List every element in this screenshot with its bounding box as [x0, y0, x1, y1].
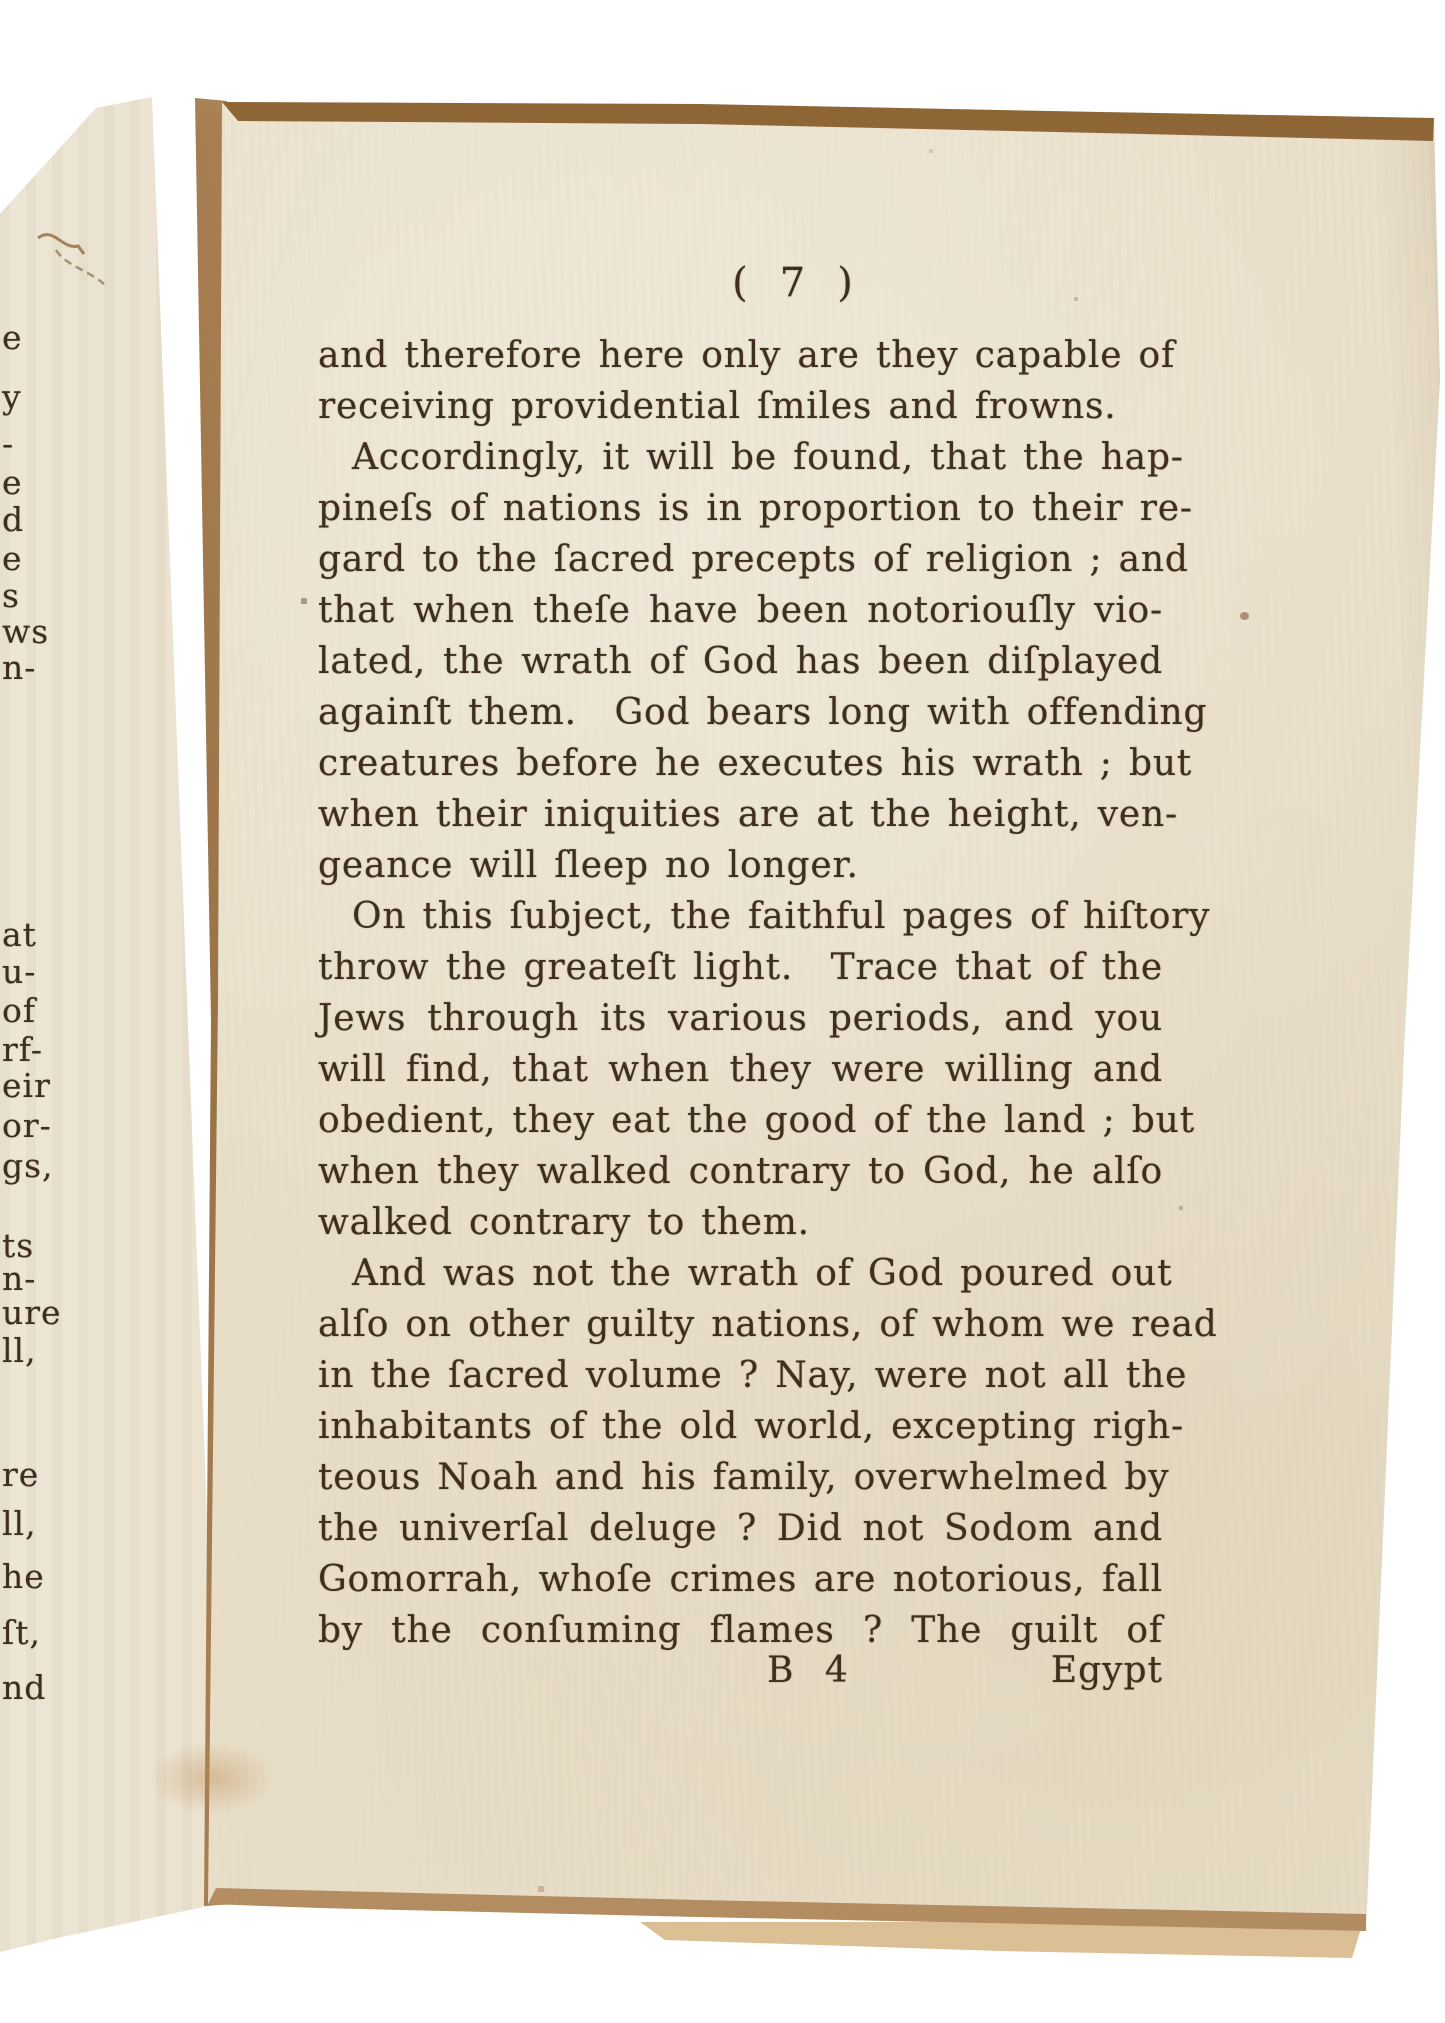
text-line: that when theſe have been notoriouſly vi… — [318, 585, 1163, 636]
book-photo: ey-edeswsn-atu-ofrf-eiror-gs,tsn-urell,r… — [0, 0, 1445, 2023]
facing-text-fragment: he — [2, 1557, 62, 1596]
text-line: when their iniquities are at the height,… — [318, 789, 1163, 840]
text-line: receiving providential ſmiles and frowns… — [318, 381, 1163, 432]
signature-row: B 4 Egypt — [318, 1650, 1163, 1702]
facing-text-fragment: y — [2, 377, 62, 416]
text-line: inhabitants of the old world, excepting … — [318, 1401, 1163, 1452]
text-line: when they walked contrary to God, he alſ… — [318, 1146, 1163, 1197]
text-line: alſo on other guilty nations, of whom we… — [318, 1299, 1163, 1350]
text-line: throw the greateſt light. Trace that of … — [318, 942, 1163, 993]
facing-text-fragment: u- — [2, 952, 62, 991]
text-line: teous Noah and his family, overwhelmed b… — [318, 1452, 1163, 1503]
text-line: obedient, they eat the good of the land … — [318, 1095, 1163, 1146]
text-line: will find, that when they were willing a… — [318, 1044, 1163, 1095]
text-line: On this ſubject, the faithful pages of h… — [318, 891, 1163, 942]
facing-text-fragment: gs, — [2, 1146, 62, 1185]
signature-mark: B 4 — [767, 1650, 858, 1691]
text-line: Gomorrah, whoſe crimes are notorious, fa… — [318, 1554, 1163, 1605]
facing-text-fragment: ws — [2, 612, 62, 651]
facing-text-fragment: ure — [2, 1293, 62, 1332]
facing-text-fragment: e — [2, 539, 62, 578]
text-line: lated, the wrath of God has been diſplay… — [318, 636, 1163, 687]
facing-text-fragment: nd — [2, 1668, 62, 1707]
text-line: walked contrary to them. — [318, 1197, 1163, 1248]
text-line: Accordingly, it will be found, that the … — [318, 432, 1163, 483]
facing-text-fragment: s — [2, 576, 62, 615]
facing-text-fragment: of — [2, 991, 62, 1030]
text-line: And was not the wrath of God poured out — [318, 1248, 1163, 1299]
facing-text-fragment: - — [2, 424, 62, 463]
facing-text-fragment: e — [2, 318, 62, 357]
page-number: ( 7 ) — [373, 260, 1218, 312]
facing-text-fragment: at — [2, 915, 62, 954]
facing-text-fragment: ll, — [2, 1331, 62, 1370]
text-line: the univerſal deluge ? Did not Sodom and — [318, 1503, 1163, 1554]
text-line: gard to the ſacred precepts of religion … — [318, 534, 1163, 585]
text-line: pineſs of nations is in proportion to th… — [318, 483, 1163, 534]
facing-text-fragment: rf- — [2, 1030, 62, 1069]
crease-mark — [32, 220, 122, 310]
facing-text-fragment: e — [2, 463, 62, 502]
facing-text-fragment: or- — [2, 1106, 62, 1145]
text-line: Jews through its various periods, and yo… — [318, 993, 1163, 1044]
text-line: by the conſuming flames ? The guilt of — [318, 1605, 1163, 1656]
facing-text-fragment: re — [2, 1455, 62, 1494]
facing-text-fragment: n- — [2, 648, 62, 687]
paper-specks — [0, 0, 2, 2]
text-line: againſt them. God bears long with offend… — [318, 687, 1163, 738]
text-line: in the ſacred volume ? Nay, were not all… — [318, 1350, 1163, 1401]
text-line: geance will ſleep no longer. — [318, 840, 1163, 891]
facing-text-fragment: ll, — [2, 1504, 62, 1543]
text-line: creatures before he executes his wrath ;… — [318, 738, 1163, 789]
facing-text-fragment: d — [2, 500, 62, 539]
body-text: and therefore here only are they capable… — [318, 330, 1163, 1656]
facing-text-fragment: eir — [2, 1066, 62, 1105]
facing-text-fragment: ſt, — [2, 1613, 62, 1652]
text-line: and therefore here only are they capable… — [318, 330, 1163, 381]
catchword: Egypt — [1051, 1650, 1163, 1691]
